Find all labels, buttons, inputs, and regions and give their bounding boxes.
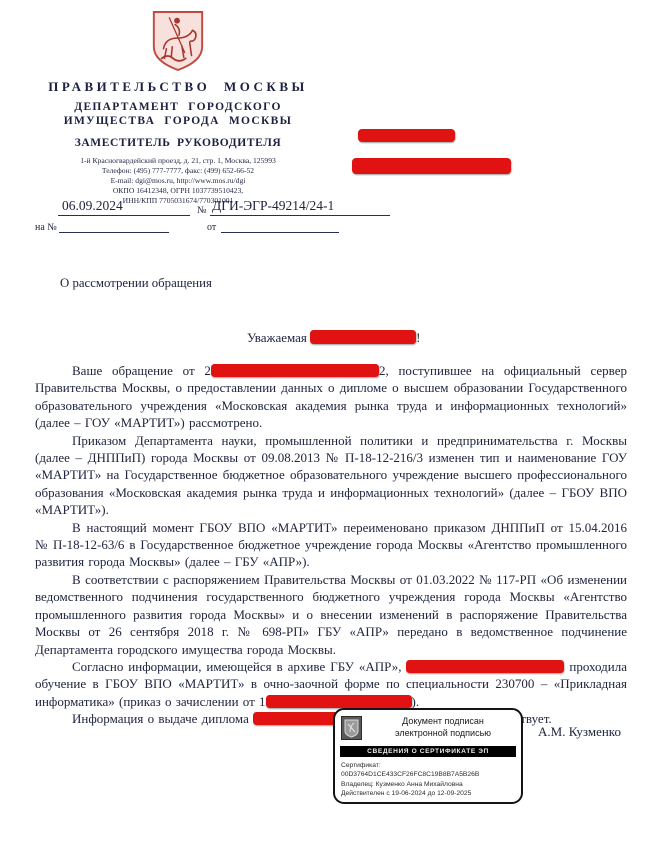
redaction-box — [310, 330, 416, 344]
stamp-validity: Действителен с 19-06-2024 до 12-09-2025 — [341, 789, 517, 798]
body-paragraph: Ваше обращение от 22, поступившее на офи… — [35, 362, 627, 432]
greeting-prefix: Уважаемая — [247, 330, 310, 345]
greeting-suffix: ! — [416, 330, 420, 345]
letter-number: ДГИ-ЭГР-49214/24-1 — [212, 198, 334, 214]
letterhead-contact-line: Телефон: (495) 777-7777, факс: (499) 652… — [28, 166, 328, 176]
redaction-box — [352, 158, 511, 174]
body-paragraph: В настоящий момент ГБОУ ВПО «МАРТИТ» пер… — [35, 519, 627, 571]
dept-line1: ДЕПАРТАМЕНТ ГОРОДСКОГО — [28, 101, 328, 115]
official-letter-page: ПРАВИТЕЛЬСТВО МОСКВЫ ДЕПАРТАМЕНТ ГОРОДСК… — [0, 0, 650, 848]
body-paragraph: Приказом Департамента науки, промышленно… — [35, 432, 627, 519]
redaction-box — [211, 364, 379, 377]
reply-number-label: на № — [35, 222, 57, 233]
greeting-line: Уважаемая ! — [247, 330, 420, 346]
subject-line: О рассмотрении обращения — [60, 276, 212, 291]
body-paragraph: В соответствии с распоряжением Правитель… — [35, 571, 627, 658]
body-paragraphs: Ваше обращение от 22, поступившее на офи… — [35, 362, 627, 728]
reply-number-underline — [59, 232, 169, 233]
number-sign: № — [197, 205, 207, 216]
redaction-box — [406, 660, 564, 673]
number-underline — [210, 215, 390, 216]
date-underline — [58, 215, 190, 216]
stamp-certificate-number: Сертификат: 00D3764D1CE433CF26FC8C19B8B7… — [341, 761, 517, 780]
reply-date-label: от — [207, 222, 216, 233]
reply-date-underline — [221, 232, 339, 233]
role-title: ЗАМЕСТИТЕЛЬ РУКОВОДИТЕЛЯ — [28, 137, 328, 149]
moscow-coat-of-arms-icon — [149, 10, 207, 72]
signer-name: А.М. Кузменко — [538, 724, 621, 740]
esignature-stamp: Документ подписан электронной подписью С… — [333, 708, 523, 804]
redaction-box — [266, 695, 412, 708]
stamp-certificate-bar: СВЕДЕНИЯ О СЕРТИФИКАТЕ ЭП — [340, 746, 516, 757]
letterhead-contact-line: ОКПО 16412348, ОГРН 1037739510423, — [28, 186, 328, 196]
stamp-emblem-icon — [341, 716, 362, 740]
stamp-header: Документ подписан электронной подписью — [341, 715, 517, 743]
stamp-title-line2: электронной подписью — [369, 728, 517, 740]
body-paragraph: Согласно информации, имеющейся в архиве … — [35, 658, 627, 710]
dept-line2: ИМУЩЕСТВА ГОРОДА МОСКВЫ — [28, 115, 328, 129]
letterhead-contact-line: 1-й Красногвардейский проезд, д. 21, стр… — [28, 156, 328, 166]
letter-date: 06.09.2024 — [62, 198, 123, 214]
reply-reference-row: на № от — [35, 220, 455, 236]
org-title: ПРАВИТЕЛЬСТВО МОСКВЫ — [28, 79, 328, 95]
reference-row: 06.09.2024 № ДГИ-ЭГР-49214/24-1 — [35, 198, 455, 218]
letterhead: ПРАВИТЕЛЬСТВО МОСКВЫ ДЕПАРТАМЕНТ ГОРОДСК… — [28, 10, 328, 206]
stamp-title-line1: Документ подписан — [369, 716, 517, 728]
letterhead-contact-line: E-mail: dgi@mos.ru, http://www.mos.ru/dg… — [28, 176, 328, 186]
redaction-box — [358, 129, 455, 142]
stamp-owner: Владелец: Кузменко Анна Михайловна — [341, 780, 517, 789]
